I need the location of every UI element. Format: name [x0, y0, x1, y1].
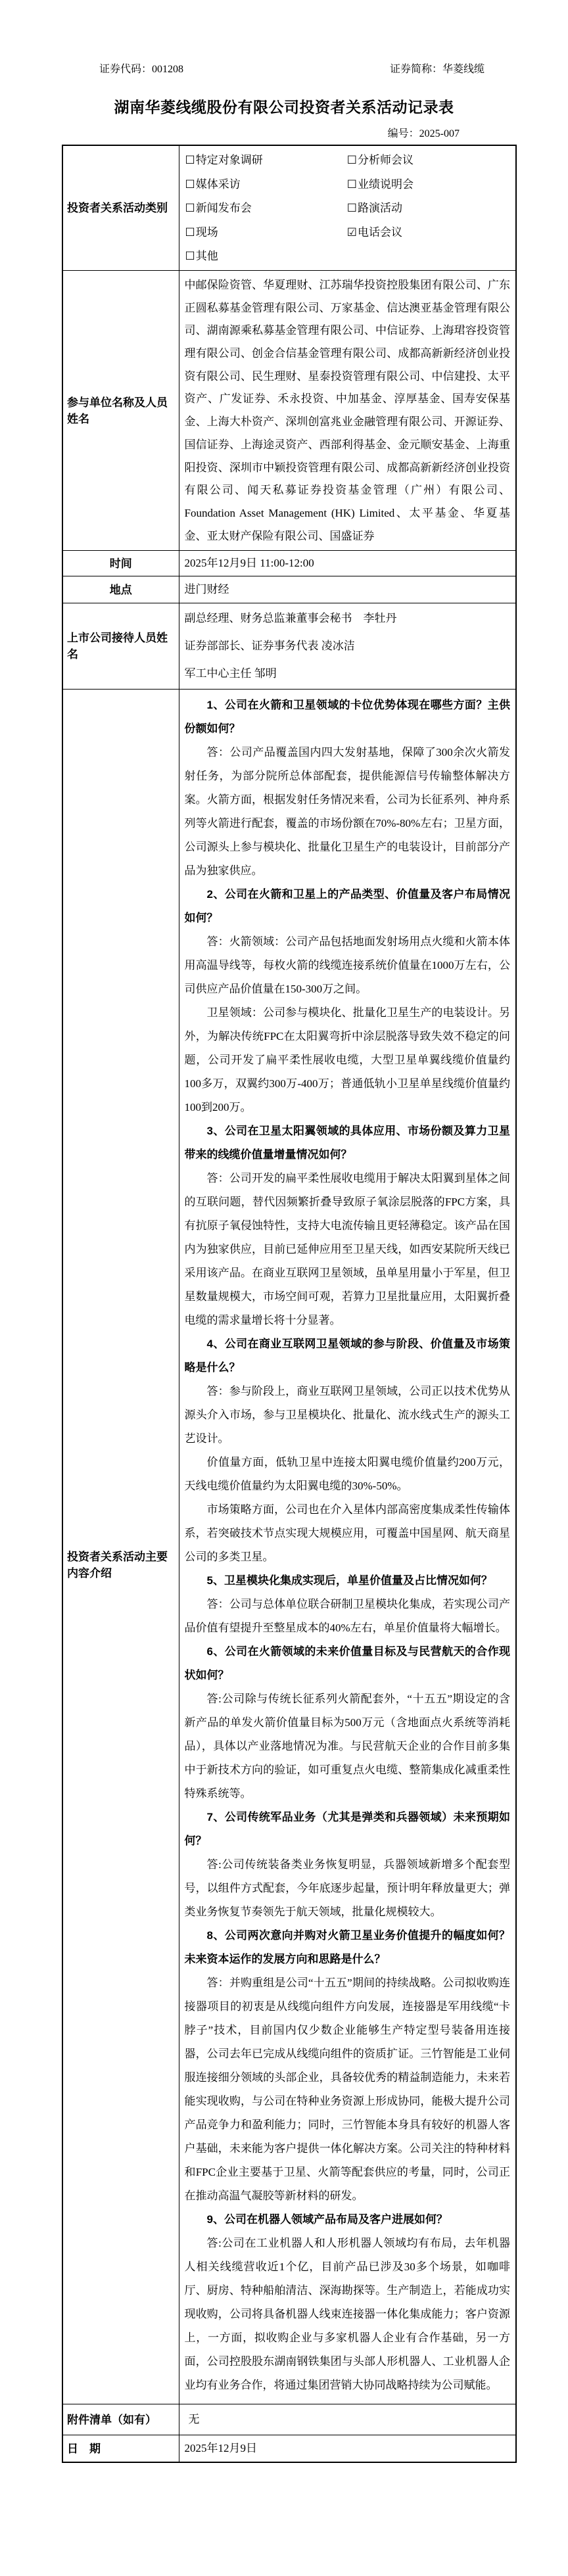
- activity-option-label: 路演活动: [358, 202, 402, 214]
- row-main-content: 投资者关系活动主要内容介绍 1、公司在火箭和卫星领域的卡位优势体现在哪些方面？主…: [62, 690, 516, 2404]
- question-text: 4、公司在商业互联网卫星领域的参与阶段、价值量及市场策略是什么？: [185, 1332, 511, 1380]
- host-line: 证券部部长、证券事务代表 凌冰洁: [185, 632, 511, 660]
- question-text: 9、公司在机器人领域产品布局及客户进展如何？: [185, 2208, 511, 2232]
- stock-code-value: 001208: [152, 64, 183, 75]
- activity-option-label: 特定对象调研: [196, 154, 263, 166]
- activity-option: ☐其他: [185, 245, 347, 269]
- activity-option-label: 电话会议: [358, 226, 402, 239]
- hosts-lines: 副总经理、财务总监兼董事会秘书 李牡丹证券部部长、证券事务代表 凌冰洁军工中心主…: [179, 603, 516, 689]
- host-line: 副总经理、财务总监兼董事会秘书 李牡丹: [185, 605, 511, 632]
- answer-paragraph: 价值量方面，低轨卫星中连接太阳翼电缆价值量约200万元，天线电缆价值量约为太阳翼…: [185, 1451, 511, 1498]
- question-text: 8、公司两次意向并购对火箭卫星业务价值提升的幅度如何？未来资本运作的发展方向和思…: [185, 1924, 511, 1971]
- checkbox-unchecked-icon: ☐: [347, 154, 357, 167]
- row-activity-type: 投资者关系活动类别 ☐特定对象调研☐分析师会议☐媒体采访☐业绩说明会☐新闻发布会…: [62, 145, 516, 270]
- time-label: 时间: [63, 554, 179, 573]
- row-hosts: 上市公司接待人员姓名 副总经理、财务总监兼董事会秘书 李牡丹证券部部长、证券事务…: [62, 603, 516, 690]
- document-number: 编号：2025-007: [0, 128, 568, 141]
- row-time: 时间 2025年12月9日 11:00-12:00: [62, 551, 516, 576]
- host-line: 军工中心主任 邹明: [185, 660, 511, 688]
- question-text: 5、卫星模块化集成实现后，单星价值量及占比情况如何？: [185, 1569, 511, 1593]
- activity-option: ☑电话会议: [347, 221, 509, 245]
- main-content-label: 投资者关系活动主要内容介绍: [63, 1510, 179, 1583]
- activity-option: ☐路演活动: [347, 197, 509, 221]
- row-participants: 参与单位名称及人员姓名 中邮保险资管、华夏理财、江苏瑞华投资控股集团有限公司、广…: [62, 270, 516, 550]
- checkbox-unchecked-icon: ☐: [185, 226, 195, 239]
- page-title: 湖南华菱线缆股份有限公司投资者关系活动记录表: [0, 96, 568, 118]
- checkbox-unchecked-icon: ☐: [185, 202, 195, 215]
- answer-paragraph: 答:公司除与传统长征系列火箭配套外，“十五五”期设定的含新产品的单发火箭价值量目…: [185, 1687, 511, 1806]
- row-location: 地点 进门财经: [62, 576, 516, 603]
- answer-paragraph: 答：火箭领域：公司产品包括地面发射场用点火缆和火箭本体用高温导线等，每枚火箭的线…: [185, 930, 511, 1001]
- qa-content: 1、公司在火箭和卫星领域的卡位优势体现在哪些方面？主供份额如何？答：公司产品覆盖…: [179, 690, 516, 2404]
- answer-paragraph: 答：公司开发的扁平柔性展收电缆用于解决太阳翼到星体之间的互联问题，替代因频繁折叠…: [185, 1167, 511, 1332]
- answer-paragraph: 答:公司传统装备类业务恢复明显，兵器领域新增多个配套型号，以组件方式配套，今年底…: [185, 1853, 511, 1924]
- row-date: 日期 2025年12月9日: [62, 2435, 516, 2462]
- activity-option-label: 媒体采访: [196, 178, 241, 191]
- answer-paragraph: 答：公司与总体单位联合研制卫星模块化集成，若实现公司产品价值有望提升至整星成本的…: [185, 1593, 511, 1640]
- answer-paragraph: 市场策略方面，公司也在介入星体内部高密度集成柔性传输体系，若突破技术节点实现大规…: [185, 1498, 511, 1569]
- attachments-label: 附件清单（如有）: [63, 2410, 179, 2429]
- location-label: 地点: [63, 580, 179, 599]
- stock-name-value: 华菱线缆: [442, 64, 485, 75]
- checkbox-checked-icon: ☑: [347, 226, 357, 239]
- question-text: 2、公司在火箭和卫星上的产品类型、价值量及客户布局情况如何？: [185, 883, 511, 930]
- activity-option: ☐现场: [185, 221, 347, 245]
- question-text: 7、公司传统军品业务（尤其是弹类和兵器领域）未来预期如何？: [185, 1806, 511, 1853]
- time-value: 2025年12月9日 11:00-12:00: [179, 554, 516, 573]
- checkbox-unchecked-icon: ☐: [185, 154, 195, 167]
- activity-type-label: 投资者关系活动类别: [63, 199, 179, 218]
- question-text: 1、公司在火箭和卫星领域的卡位优势体现在哪些方面？主供份额如何？: [185, 693, 511, 741]
- record-table: 投资者关系活动类别 ☐特定对象调研☐分析师会议☐媒体采访☐业绩说明会☐新闻发布会…: [62, 145, 517, 2463]
- question-text: 6、公司在火箭领域的未来价值量目标及与民营航天的合作现状如何？: [185, 1640, 511, 1687]
- question-text: 3、公司在卫星太阳翼领域的具体应用、市场份额及算力卫星带来的线缆价值量增量情况如…: [185, 1119, 511, 1167]
- activity-option-label: 现场: [196, 226, 218, 239]
- securities-header: 证券代码：001208 证券简称：华菱线缆: [0, 63, 568, 76]
- activity-option-label: 新闻发布会: [196, 202, 252, 214]
- stock-name: 证券简称：华菱线缆: [390, 63, 485, 76]
- date-value: 2025年12月9日: [179, 2439, 516, 2458]
- activity-option: ☐业绩说明会: [347, 173, 509, 197]
- checkbox-unchecked-icon: ☐: [185, 178, 195, 191]
- answer-paragraph: 答：并购重组是公司“十五五”期间的持续战略。公司拟收购连接器项目的初衷是从线缆向…: [185, 1971, 511, 2208]
- document-number-value: 2025-007: [419, 128, 460, 139]
- attachments-value: 无: [179, 2410, 516, 2429]
- row-attachments: 附件清单（如有） 无: [62, 2404, 516, 2435]
- activity-option-label: 分析师会议: [358, 154, 414, 166]
- answer-paragraph: 答：参与阶段上，商业互联网卫星领域，公司正以技术优势从源头介入市场，参与卫星模块…: [185, 1380, 511, 1451]
- activity-option: ☐媒体采访: [185, 173, 347, 197]
- activity-options: ☐特定对象调研☐分析师会议☐媒体采访☐业绩说明会☐新闻发布会☐路演活动☐现场☑电…: [179, 146, 516, 270]
- stock-code: 证券代码：001208: [99, 63, 183, 76]
- answer-paragraph: 答:公司在工业机器人和人形机器人领域均有布局，去年机器人相关线缆营收近1个亿，目…: [185, 2232, 511, 2397]
- participants-label: 参与单位名称及人员姓名: [63, 393, 179, 429]
- checkbox-unchecked-icon: ☐: [347, 178, 357, 191]
- stock-code-label: 证券代码：: [99, 64, 152, 75]
- answer-paragraph: 答：公司产品覆盖国内四大发射基地，保障了300余次火箭发射任务，为部分院所总体部…: [185, 741, 511, 883]
- investor-relations-record-document: 证券代码：001208 证券简称：华菱线缆 湖南华菱线缆股份有限公司投资者关系活…: [0, 63, 568, 2463]
- location-value: 进门财经: [179, 580, 516, 599]
- stock-name-label: 证券简称：: [390, 64, 442, 75]
- date-label: 日期: [63, 2439, 179, 2458]
- activity-option-label: 业绩说明会: [358, 178, 414, 191]
- activity-option: ☐特定对象调研: [185, 149, 347, 173]
- checkbox-unchecked-icon: ☐: [347, 202, 357, 215]
- participants-text: 中邮保险资管、华夏理财、江苏瑞华投资控股集团有限公司、广东正圆私募基金管理有限公…: [179, 271, 516, 550]
- hosts-label: 上市公司接待人员姓名: [63, 628, 179, 664]
- checkbox-unchecked-icon: ☐: [185, 250, 195, 263]
- activity-option: ☐新闻发布会: [185, 197, 347, 221]
- answer-paragraph: 卫星领域：公司参与模块化、批量化卫星生产的电装设计。另外，为解决传统FPC在太阳…: [185, 1001, 511, 1119]
- activity-option-label: 其他: [196, 250, 218, 262]
- activity-option: ☐分析师会议: [347, 149, 509, 173]
- document-number-label: 编号：: [388, 128, 419, 139]
